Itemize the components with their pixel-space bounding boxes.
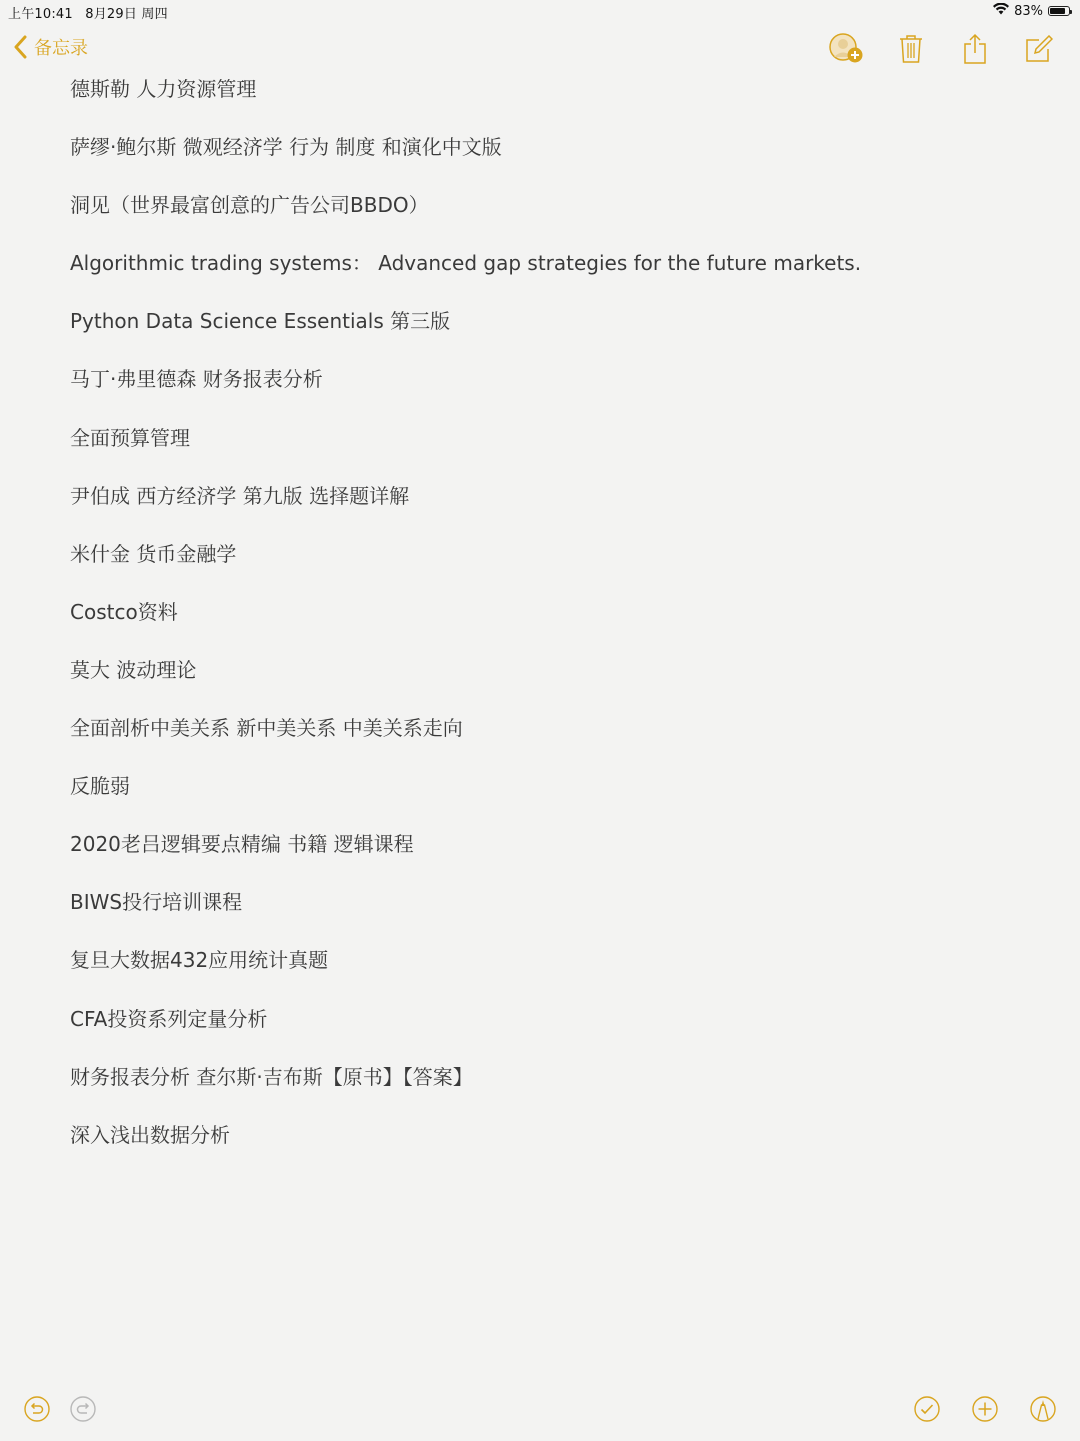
status-bar: 上午10:41 8月29日 周四 83% (0, 0, 1080, 22)
note-line[interactable]: 复旦大数据432应用统计真题 (70, 943, 1040, 1001)
note-line[interactable]: 德斯勒 人力资源管理 (70, 72, 1040, 130)
checklist-button[interactable] (914, 1396, 940, 1422)
note-line[interactable]: 米什金 货币金融学 (70, 537, 1040, 595)
add-people-button[interactable] (828, 30, 866, 68)
note-line[interactable]: Algorithmic trading systems： Advanced ga… (70, 246, 1040, 304)
battery-icon (1048, 6, 1070, 16)
battery-percent: 83% (1014, 4, 1043, 19)
add-icon (972, 1396, 998, 1422)
status-left: 上午10:41 8月29日 周四 (8, 3, 176, 22)
note-line[interactable]: 反脆弱 (70, 769, 1040, 827)
note-line[interactable]: 全面剖析中美关系 新中美关系 中美关系走向 (70, 711, 1040, 769)
note-line[interactable]: BIWS投行培训课程 (70, 885, 1040, 943)
share-button[interactable] (956, 30, 994, 68)
delete-button[interactable] (892, 30, 930, 68)
navigation-bar: 备忘录 (0, 28, 1080, 68)
markup-icon (1030, 1396, 1056, 1422)
note-line[interactable]: 财务报表分析 查尔斯·吉布斯【原书】【答案】 (70, 1060, 1040, 1118)
note-line[interactable]: 洞见（世界最富创意的广告公司BBDO） (70, 188, 1040, 246)
compose-button[interactable] (1020, 30, 1058, 68)
note-line[interactable]: 2020老吕逻辑要点精编 书籍 逻辑课程 (70, 827, 1040, 885)
status-time: 上午10:41 (8, 7, 73, 22)
note-line[interactable]: 尹伯成 西方经济学 第九版 选择题详解 (70, 479, 1040, 537)
note-body[interactable]: 德斯勒 人力资源管理 萨缪·鲍尔斯 微观经济学 行为 制度 和演化中文版 洞见（… (70, 72, 1040, 1176)
note-line[interactable]: Costco资料 (70, 595, 1040, 653)
history-controls (24, 1396, 96, 1422)
note-line[interactable]: 全面预算管理 (70, 421, 1040, 479)
bottom-toolbar (0, 1381, 1080, 1441)
note-line[interactable]: CFA投资系列定量分析 (70, 1002, 1040, 1060)
note-line[interactable]: 马丁·弗里德森 财务报表分析 (70, 362, 1040, 420)
back-label: 备忘录 (34, 34, 88, 60)
undo-button[interactable] (24, 1396, 50, 1422)
undo-icon (24, 1396, 50, 1422)
nav-toolbar (828, 30, 1058, 68)
back-button[interactable]: 备忘录 (14, 34, 88, 60)
redo-button[interactable] (70, 1396, 96, 1422)
checklist-icon (914, 1396, 940, 1422)
share-icon (963, 33, 987, 65)
redo-icon (70, 1396, 96, 1422)
note-line[interactable]: Python Data Science Essentials 第三版 (70, 304, 1040, 362)
compose-icon (1025, 35, 1053, 63)
add-people-icon (828, 32, 866, 66)
note-line[interactable]: 深入浅出数据分析 (70, 1118, 1040, 1176)
chevron-left-icon (14, 35, 28, 59)
note-line[interactable]: 莫大 波动理论 (70, 653, 1040, 711)
trash-icon (899, 34, 923, 64)
status-date: 8月29日 周四 (85, 7, 168, 22)
markup-button[interactable] (1030, 1396, 1056, 1422)
wifi-icon (993, 3, 1009, 19)
note-line[interactable]: 萨缪·鲍尔斯 微观经济学 行为 制度 和演化中文版 (70, 130, 1040, 188)
format-controls (914, 1396, 1056, 1422)
add-button[interactable] (972, 1396, 998, 1422)
status-right: 83% (993, 3, 1070, 19)
